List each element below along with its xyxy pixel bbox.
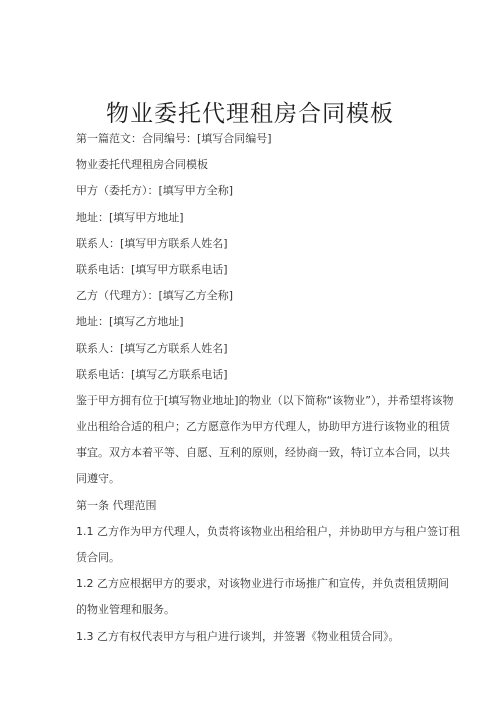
subtitle-line: 物业委托代理租房合同模板 xyxy=(76,152,428,178)
clause-line: 1.1 乙方作为甲方代理人，负责将该物业出租给租户，并协助甲方与租户签订租 xyxy=(76,519,428,545)
preamble-line: 同遵守。 xyxy=(76,466,428,492)
document-body: 第一篇范文：合同编号：[填写合同编号] 物业委托代理租房合同模板 甲方（委托方）… xyxy=(76,126,428,650)
clause-line: 1.3 乙方有权代表甲方与租户进行谈判，并签署《物业租赁合同》。 xyxy=(76,624,428,650)
party-a-address-line: 地址：[填写甲方地址] xyxy=(76,205,428,231)
preamble-line: 事宜。双方本着平等、自愿、互利的原则，经协商一致，特订立本合同，以共 xyxy=(76,440,428,466)
contract-number-line: 第一篇范文：合同编号：[填写合同编号] xyxy=(76,126,428,152)
clause-1-3: 1.3 乙方有权代表甲方与租户进行谈判，并签署《物业租赁合同》。 xyxy=(76,624,428,650)
clause-line: 的物业管理和服务。 xyxy=(76,597,428,623)
preamble-line: 鉴于甲方拥有位于[填写物业地址]的物业（以下简称“该物业”），并希望将该物 xyxy=(76,388,428,414)
clause-1-1: 1.1 乙方作为甲方代理人，负责将该物业出租给租户，并协助甲方与租户签订租 赁合… xyxy=(76,519,428,571)
party-b-name-line: 乙方（代理方）：[填写乙方全称] xyxy=(76,283,428,309)
document-page: 物业委托代理租房合同模板 第一篇范文：合同编号：[填写合同编号] 物业委托代理租… xyxy=(0,0,500,707)
party-a-phone-line: 联系电话：[填写甲方联系电话] xyxy=(76,257,428,283)
clause-line: 赁合同。 xyxy=(76,545,428,571)
party-b-contact-line: 联系人：[填写乙方联系人姓名] xyxy=(76,336,428,362)
party-a-contact-line: 联系人：[填写甲方联系人姓名] xyxy=(76,231,428,257)
party-b-address-line: 地址：[填写乙方地址] xyxy=(76,309,428,335)
article-1-heading: 第一条 代理范围 xyxy=(76,493,428,519)
party-a-name-line: 甲方（委托方）：[填写甲方全称] xyxy=(76,178,428,204)
clause-1-2: 1.2 乙方应根据甲方的要求，对该物业进行市场推广和宣传，并负责租赁期间 的物业… xyxy=(76,571,428,623)
preamble-paragraph: 鉴于甲方拥有位于[填写物业地址]的物业（以下简称“该物业”），并希望将该物 业出… xyxy=(76,388,428,493)
document-title: 物业委托代理租房合同模板 xyxy=(0,99,500,129)
party-b-phone-line: 联系电话：[填写乙方联系电话] xyxy=(76,362,428,388)
clause-line: 1.2 乙方应根据甲方的要求，对该物业进行市场推广和宣传，并负责租赁期间 xyxy=(76,571,428,597)
preamble-line: 业出租给合适的租户；乙方愿意作为甲方代理人，协助甲方进行该物业的租赁 xyxy=(76,414,428,440)
